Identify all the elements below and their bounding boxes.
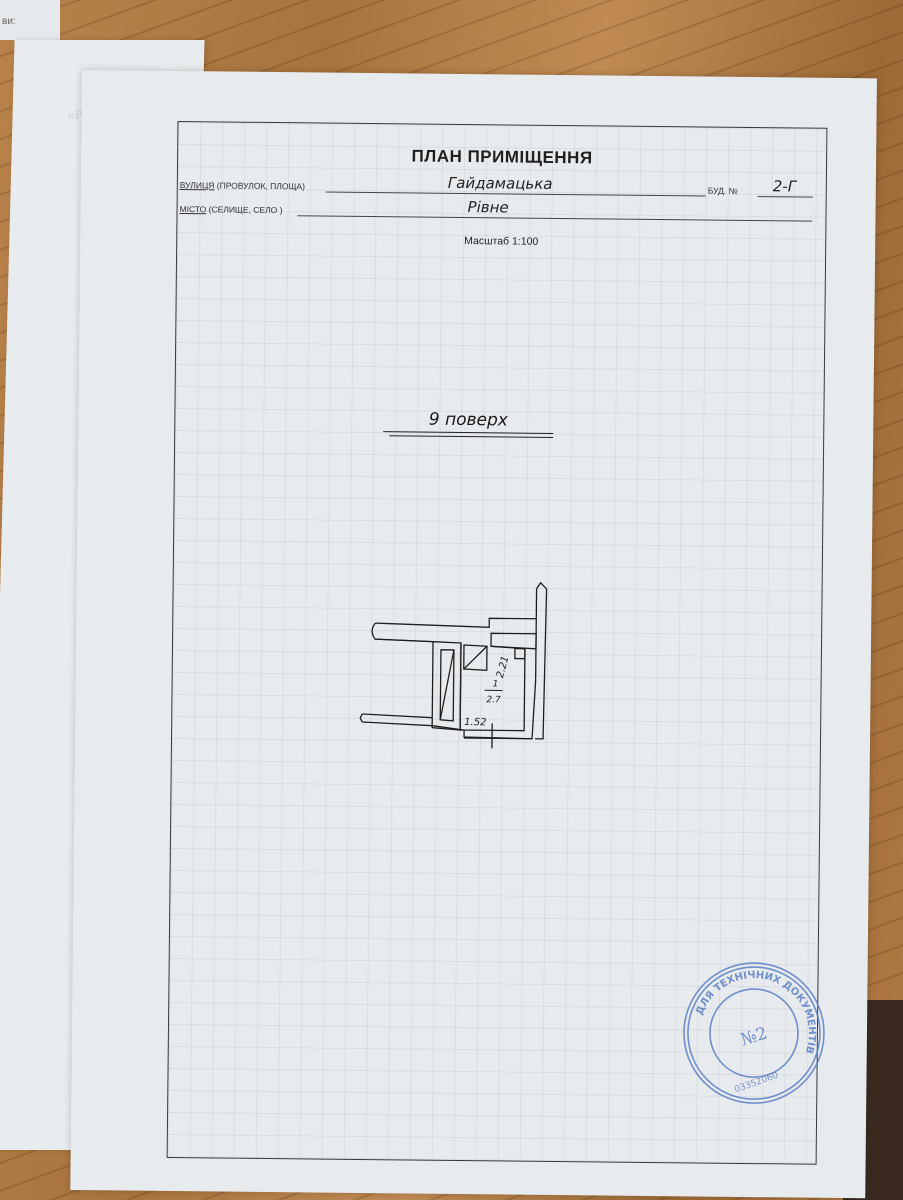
floor-underline <box>383 431 553 434</box>
document-title: ПЛАН ПРИМІЩЕННЯ <box>178 144 826 171</box>
city-row: МІСТО (СЕЛИЩЕ, СЕЛО ) Рівне <box>177 196 825 225</box>
building-underline <box>758 196 813 198</box>
underlying-sheet: ви: <box>0 0 60 40</box>
stamp-center-text: №2 <box>738 1023 770 1050</box>
city-underline <box>297 215 812 221</box>
street-label: ВУЛИЦЯ (ПРОВУЛОК, ПЛОЩА) <box>180 180 305 191</box>
dimension-vertical: 2.21 <box>495 655 512 679</box>
floor-label: 9 поверх <box>383 409 553 431</box>
scale-label: Масштаб 1:100 <box>177 232 825 251</box>
underlying-sheet-text: ви: <box>2 16 16 27</box>
street-value: Гайдамацька <box>448 174 553 193</box>
dimension-horizontal: 1.52 <box>464 717 486 728</box>
room-number: 1 <box>493 679 499 689</box>
floor-plan-drawing: 2.21 1 2.7 1.52 <box>352 579 554 751</box>
floor-underline-second <box>389 435 553 438</box>
floor-heading: 9 поверх <box>383 409 553 438</box>
city-value: Рівне <box>467 198 508 216</box>
official-stamp: ДЛЯ ТЕХНІЧНИХ ДОКУМЕНТІВ №2 03352060 <box>678 957 830 1109</box>
building-label: БУД. № <box>708 186 738 196</box>
drawing-frame: ПЛАН ПРИМІЩЕННЯ ВУЛИЦЯ (ПРОВУЛОК, ПЛОЩА)… <box>167 121 828 1165</box>
room-area: 2.7 <box>486 695 501 705</box>
city-label: МІСТО (СЕЛИЩЕ, СЕЛО ) <box>179 204 282 215</box>
building-value: 2-Г <box>773 177 797 195</box>
document-page: ПЛАН ПРИМІЩЕННЯ ВУЛИЦЯ (ПРОВУЛОК, ПЛОЩА)… <box>70 70 877 1198</box>
